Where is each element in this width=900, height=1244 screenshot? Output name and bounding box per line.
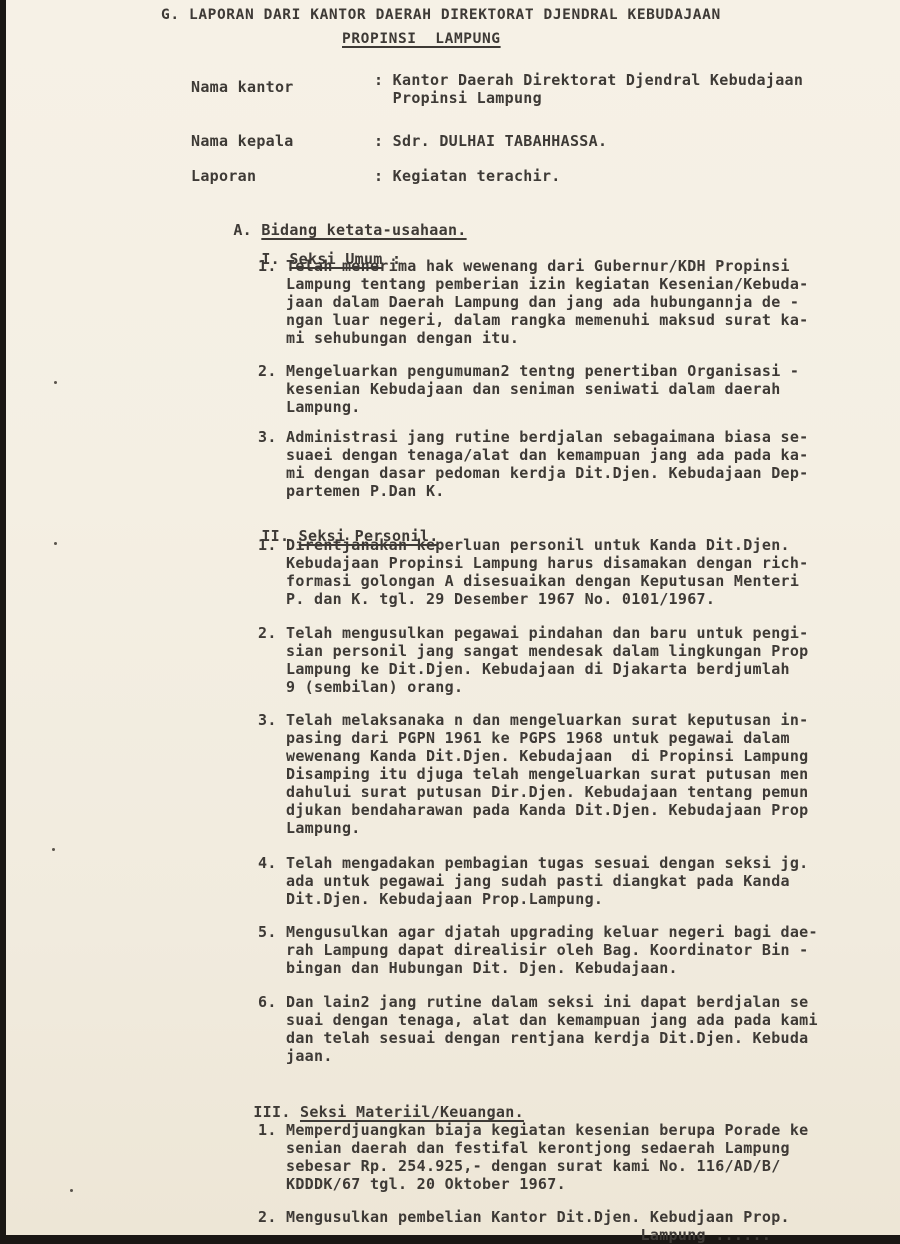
list-item: 2. Mengusulkan pembelian Kantor Dit.Djen…: [258, 1208, 790, 1235]
list-item: 1. Memperdjuangkan biaja kegiatan keseni…: [258, 1121, 809, 1193]
document-subtitle: PROPINSI LAMPUNG: [342, 30, 501, 48]
subsection-keuangan-title: Seksi Materiil/Keuangan.: [300, 1103, 524, 1121]
list-item: 3. Telah melaksanaka n dan mengeluarkan …: [258, 711, 809, 837]
list-item: 5. Mengusulkan agar djatah upgrading kel…: [258, 923, 818, 977]
list-item: 4. Telah mengadakan pembagian tugas sesu…: [258, 854, 809, 908]
info-value-report: : Kegiatan terachir.: [374, 167, 561, 185]
list-item: 1. Telah menerima hak wewenang dari Gube…: [258, 257, 809, 347]
list-item: 3. Administrasi jang rutine berdjalan se…: [258, 428, 809, 500]
subsection-keuangan-prefix: III.: [253, 1103, 300, 1121]
document-title: G. LAPORAN DARI KANTOR DAERAH DIREKTORAT…: [161, 6, 721, 24]
info-label-report: Laporan: [191, 167, 256, 185]
info-label-office: Nama kantor: [191, 78, 294, 96]
list-item: 6. Dan lain2 jang rutine dalam seksi ini…: [258, 993, 818, 1065]
info-label-head: Nama kepala: [191, 132, 294, 150]
list-item: 1. Direntjanakan keperluan personil untu…: [258, 536, 809, 608]
paper-speck: [54, 381, 57, 384]
list-item: 2. Mengeluarkan pengumuman2 tentng pener…: [258, 362, 799, 416]
info-value-head: : Sdr. DULHAI TABAHHASSA.: [374, 132, 607, 150]
info-value-office: : Kantor Daerah Direktorat Djendral Kebu…: [374, 71, 803, 107]
document-page: G. LAPORAN DARI KANTOR DAERAH DIREKTORAT…: [6, 0, 900, 1235]
paper-speck: [70, 1189, 73, 1192]
paper-speck: [54, 542, 57, 545]
list-item: 2. Telah mengusulkan pegawai pindahan da…: [258, 624, 809, 696]
paper-speck: [52, 848, 55, 851]
